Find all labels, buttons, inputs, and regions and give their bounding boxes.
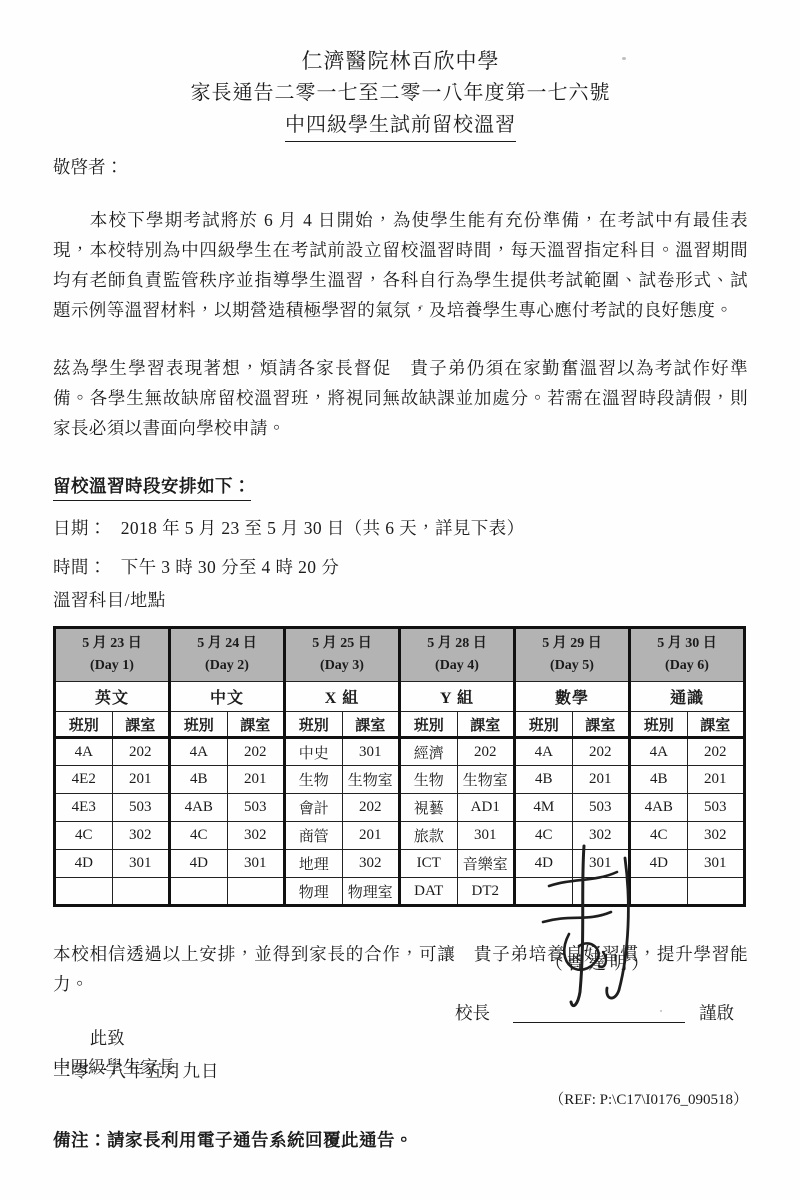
class-cell: 4D [170,850,228,878]
room-cell: 201 [227,766,285,794]
class-cell: 4AB [170,794,228,822]
room-cell: 503 [112,794,170,822]
class-cell: 會計 [285,794,343,822]
principal-label: 校長 [455,1000,490,1025]
room-cell [112,878,170,906]
room-cell: 202 [572,738,630,766]
room-cell: 201 [112,766,170,794]
class-cell: 旅款 [400,822,458,850]
class-col-header: 班別 [400,712,458,738]
paragraph-attendance-rules: 茲為學生學習表現著想，煩請各家長督促 貴子弟仍須在家勤奮溫習以為考試作好準備。各… [53,353,748,443]
table-row: 4E3503 4AB503 會計202 視藝AD1 4M503 4AB503 [55,794,745,822]
school-name: 仁濟醫院林百欣中學 [53,46,748,76]
room-cell: 生物室 [457,766,515,794]
class-cell: 4B [630,766,688,794]
room-cell: 物理室 [342,878,400,906]
room-cell: 301 [112,850,170,878]
scan-speck [420,305,423,307]
room-cell: 301 [687,850,745,878]
room-cell: 音樂室 [457,850,515,878]
class-cell: 4AB [630,794,688,822]
salutation: 敬啓者： [53,154,748,179]
day-header: 5 月 23 日(Day 1) [55,628,170,682]
signature-line [513,1022,685,1023]
class-cell: 生物 [285,766,343,794]
time-value: 下午 3 時 30 分至 4 時 20 分 [121,557,339,577]
room-cell: 202 [342,794,400,822]
class-cell: 4B [170,766,228,794]
room-cell: 201 [342,822,400,850]
room-cell [227,878,285,906]
room-cell: 302 [227,822,285,850]
day-header: 5 月 24 日(Day 2) [170,628,285,682]
class-cell: ICT [400,850,458,878]
class-cell [55,878,113,906]
room-cell: 301 [457,822,515,850]
class-cell: DAT [400,878,458,906]
respectfully-suffix: 謹啟 [699,1000,734,1025]
class-cell: 4A [515,738,573,766]
table-header-columns: 班別課室 班別課室 班別課室 班別課室 班別課室 班別課室 [55,712,745,738]
room-col-header: 課室 [112,712,170,738]
room-col-header: 課室 [342,712,400,738]
class-cell [170,878,228,906]
room-cell: DT2 [457,878,515,906]
date-value: 2018 年 5 月 23 至 5 月 30 日（共 6 天，詳見下表） [121,518,525,538]
room-cell: 503 [687,794,745,822]
notice-number: 家長通告二零一七至二零一八年度第一七六號 [53,78,748,108]
room-col-header: 課室 [687,712,745,738]
table-row: 4E2201 4B201 生物生物室 生物生物室 4B201 4B201 [55,766,745,794]
class-cell: 經濟 [400,738,458,766]
day-header: 5 月 25 日(Day 3) [285,628,400,682]
issue-date: 二零一八年五月九日 [53,1058,220,1083]
class-cell: 4M [515,794,573,822]
class-cell: 視藝 [400,794,458,822]
table-header-dates: 5 月 23 日(Day 1) 5 月 24 日(Day 2) 5 月 25 日… [55,628,745,682]
subject-header: X 組 [285,682,400,712]
room-cell: 201 [572,766,630,794]
scan-speck [622,57,626,60]
class-cell: 4D [55,850,113,878]
room-cell: 202 [457,738,515,766]
room-cell: 503 [227,794,285,822]
room-col-header: 課室 [572,712,630,738]
subject-header: 中文 [170,682,285,712]
class-cell: 4E3 [55,794,113,822]
class-col-header: 班別 [630,712,688,738]
room-cell: 201 [687,766,745,794]
room-cell [687,878,745,906]
class-col-header: 班別 [55,712,113,738]
room-cell: 202 [687,738,745,766]
room-col-header: 課室 [227,712,285,738]
class-cell: 生物 [400,766,458,794]
subject-header: 英文 [55,682,170,712]
class-cell: 4A [55,738,113,766]
scan-speck [660,1010,662,1012]
scanned-notice-page: 仁濟醫院林百欣中學 家長通告二零一七至二零一八年度第一七六號 中四級學生試前留校… [0,0,800,1200]
class-col-header: 班別 [285,712,343,738]
class-cell: 4C [55,822,113,850]
class-cell: 4A [170,738,228,766]
subject-header: Y 組 [400,682,515,712]
class-cell: 地理 [285,850,343,878]
room-cell: 202 [227,738,285,766]
subject-header: 數學 [515,682,630,712]
class-cell: 商管 [285,822,343,850]
class-cell: 4A [630,738,688,766]
class-cell: 4C [170,822,228,850]
day-header: 5 月 30 日(Day 6) [630,628,745,682]
class-cell: 中史 [285,738,343,766]
signature-block: 校長 謹啟 （曹達明） [455,920,755,1060]
room-cell: 生物室 [342,766,400,794]
room-cell: 202 [112,738,170,766]
subject-location-label: 溫習科目/地點 [53,587,748,612]
room-cell: 301 [342,738,400,766]
date-label: 日期： [53,518,107,538]
document-header: 仁濟醫院林百欣中學 家長通告二零一七至二零一八年度第一七六號 中四級學生試前留校… [53,46,748,142]
day-header: 5 月 29 日(Day 5) [515,628,630,682]
table-row: 4A202 4A202 中史301 經濟202 4A202 4A202 [55,738,745,766]
class-col-header: 班別 [170,712,228,738]
class-cell: 物理 [285,878,343,906]
class-cell: 4E2 [55,766,113,794]
schedule-time-line: 時間：下午 3 時 30 分至 4 時 20 分 [53,554,748,579]
time-label: 時間： [53,557,107,577]
room-cell: AD1 [457,794,515,822]
notice-subject-title: 中四級學生試前留校溫習 [285,110,516,142]
room-cell: 301 [227,850,285,878]
principal-signature-handwriting [521,842,671,1024]
remark-line: 備注：請家長利用電子通告系統回覆此通告。 [53,1127,748,1152]
day-header: 5 月 28 日(Day 4) [400,628,515,682]
class-col-header: 班別 [515,712,573,738]
room-cell: 302 [687,822,745,850]
reference-number: （REF: P:\C17\I0176_090518） [549,1088,748,1109]
class-cell: 4B [515,766,573,794]
schedule-heading: 留校溫習時段安排如下： [53,473,251,501]
room-col-header: 課室 [457,712,515,738]
room-cell: 302 [342,850,400,878]
table-header-subjects: 英文 中文 X 組 Y 組 數學 通識 [55,682,745,712]
subject-header: 通識 [630,682,745,712]
room-cell: 302 [112,822,170,850]
paragraph-intro: 本校下學期考試將於 6 月 4 日開始，為使學生能有充份準備，在考試中有最佳表現… [53,205,748,325]
principal-name: （曹達明） [513,950,685,975]
room-cell: 503 [572,794,630,822]
schedule-date-line: 日期：2018 年 5 月 23 至 5 月 30 日（共 6 天，詳見下表） [53,515,748,540]
